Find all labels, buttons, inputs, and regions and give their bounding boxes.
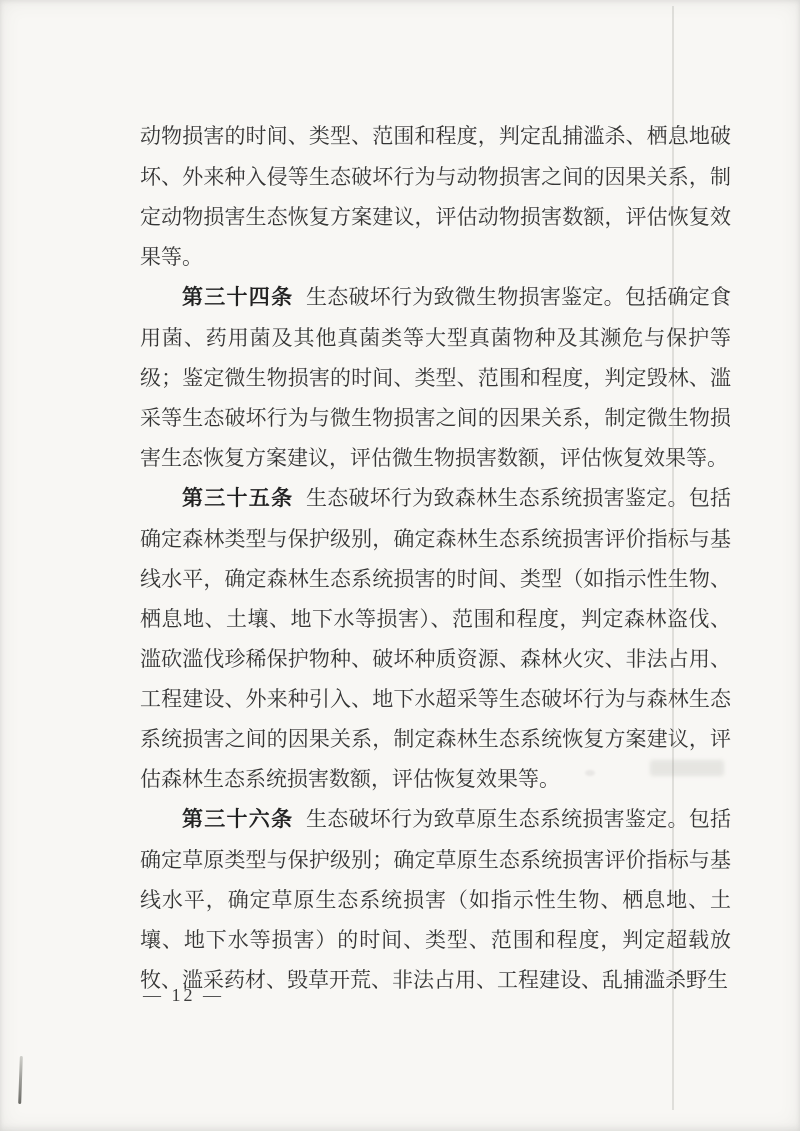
scan-mark — [18, 1056, 23, 1104]
paragraph: 第三十五条生态破坏行为致森林生态系统损害鉴定。包括确定森林类型与保护级别，确定森… — [140, 478, 731, 799]
paragraph-text: 生态破坏行为致草原生态系统损害鉴定。包括确定草原类型与保护级别；确定草原生态系统… — [140, 807, 731, 992]
article-number: 第三十四条 — [182, 286, 293, 309]
article-number: 第三十六条 — [182, 808, 293, 831]
crease-line — [672, 6, 674, 1110]
paragraph: 动物损害的时间、类型、范围和程度，判定乱捕滥杀、栖息地破坏、外来种入侵等生态破坏… — [140, 116, 731, 277]
paragraph-text: 动物损害的时间、类型、范围和程度，判定乱捕滥杀、栖息地破坏、外来种入侵等生态破坏… — [140, 124, 731, 269]
paragraph-text: 生态破坏行为致森林生态系统损害鉴定。包括确定森林类型与保护级别，确定森林生态系统… — [140, 486, 731, 791]
paragraph-text: 生态破坏行为致微生物损害鉴定。包括确定食用菌、药用菌及其他真菌类等大型真菌物种及… — [140, 285, 731, 470]
article-number: 第三十五条 — [182, 487, 293, 510]
body-text: 动物损害的时间、类型、范围和程度，判定乱捕滥杀、栖息地破坏、外来种入侵等生态破坏… — [140, 116, 731, 1000]
document-page: 动物损害的时间、类型、范围和程度，判定乱捕滥杀、栖息地破坏、外来种入侵等生态破坏… — [0, 0, 800, 1131]
bleedthrough-smudge — [650, 760, 724, 776]
page-number: — 12 — — [143, 985, 224, 1006]
paragraph: 第三十六条生态破坏行为致草原生态系统损害鉴定。包括确定草原类型与保护级别；确定草… — [140, 799, 731, 1000]
bleedthrough-dot — [585, 770, 595, 776]
paragraph: 第三十四条生态破坏行为致微生物损害鉴定。包括确定食用菌、药用菌及其他真菌类等大型… — [140, 277, 731, 478]
